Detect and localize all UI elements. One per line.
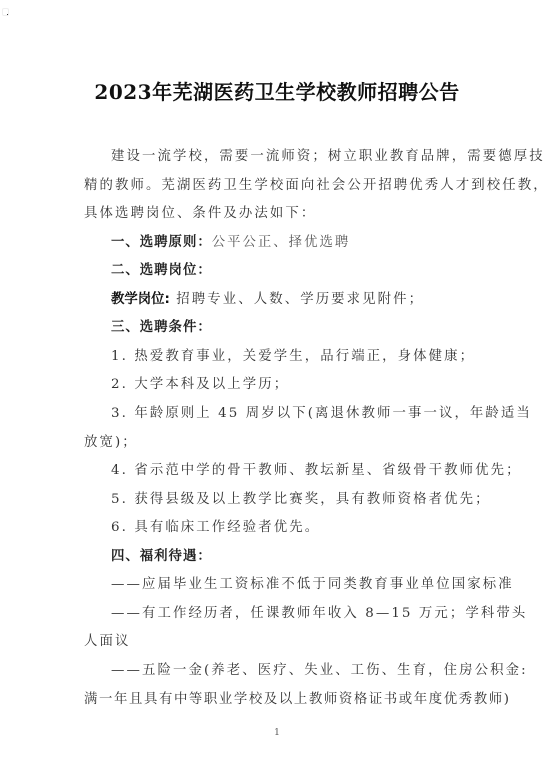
condition-6: 6. 具有临床工作经验者优先。 [111, 519, 472, 537]
section-positions-heading: 二、选聘岗位： [111, 262, 472, 280]
intro-line-1: 建设一流学校，需要一流师资；树立职业教育品牌，需要德厚技 [111, 148, 472, 166]
section-principle: 一、选聘原则：公平公正、择优选聘 [111, 234, 472, 252]
section-principle-text: 公平公正、择优选聘 [212, 235, 351, 250]
teaching-post-label: 教学岗位: [111, 292, 170, 307]
intro-line-2: 精的教师。芜湖医药卫生学校面向社会公开招聘优秀人才到校任教， [84, 177, 472, 195]
condition-2: 2. 大学本科及以上学历； [111, 376, 472, 394]
condition-5: 5. 获得县级及以上教学比赛奖，具有教师资格者优先； [111, 491, 472, 509]
document-title: 2023年芜湖医药卫生学校教师招聘公告 [0, 76, 554, 105]
benefit-3-cont: 满一年且具有中等职业学校及以上教师资格证书或年度优秀教师) [84, 691, 472, 709]
condition-1: 1. 热爱教育事业，关爱学生，品行端正，身体健康； [111, 348, 472, 366]
teaching-post-text: 招聘专业、人数、学历要求见附件； [170, 292, 424, 307]
benefit-2: ——有工作经历者，任课教师年收入 8—15 万元；学科带头 [111, 605, 472, 623]
corner-dot [7, 14, 8, 15]
section-benefits-heading: 四、福利待遇： [111, 548, 472, 566]
intro-line-3: 具体选聘岗位、条件及办法如下： [84, 205, 472, 223]
condition-3-cont: 放宽)； [84, 434, 472, 452]
condition-4: 4. 省示范中学的骨干教师、教坛新星、省级骨干教师优先； [111, 462, 472, 480]
benefit-3: ——五险一金(养老、医疗、失业、工伤、生育，住房公积金: [111, 662, 472, 680]
section-principle-heading: 一、选聘原则： [111, 235, 212, 250]
benefit-2-cont: 人面议 [84, 633, 472, 651]
teaching-post: 教学岗位: 招聘专业、人数、学历要求见附件； [111, 291, 472, 309]
benefit-1: ——应届毕业生工资标准不低于同类教育事业单位国家标准 [111, 576, 472, 594]
condition-3: 3. 年龄原则上 45 周岁以下(离退休教师一事一议，年龄适当 [111, 405, 472, 423]
document-page: 2023年芜湖医药卫生学校教师招聘公告 建设一流学校，需要一流师资；树立职业教育… [0, 0, 554, 784]
page-number: 1 [0, 728, 554, 738]
section-conditions-heading: 三、选聘条件： [111, 319, 472, 337]
